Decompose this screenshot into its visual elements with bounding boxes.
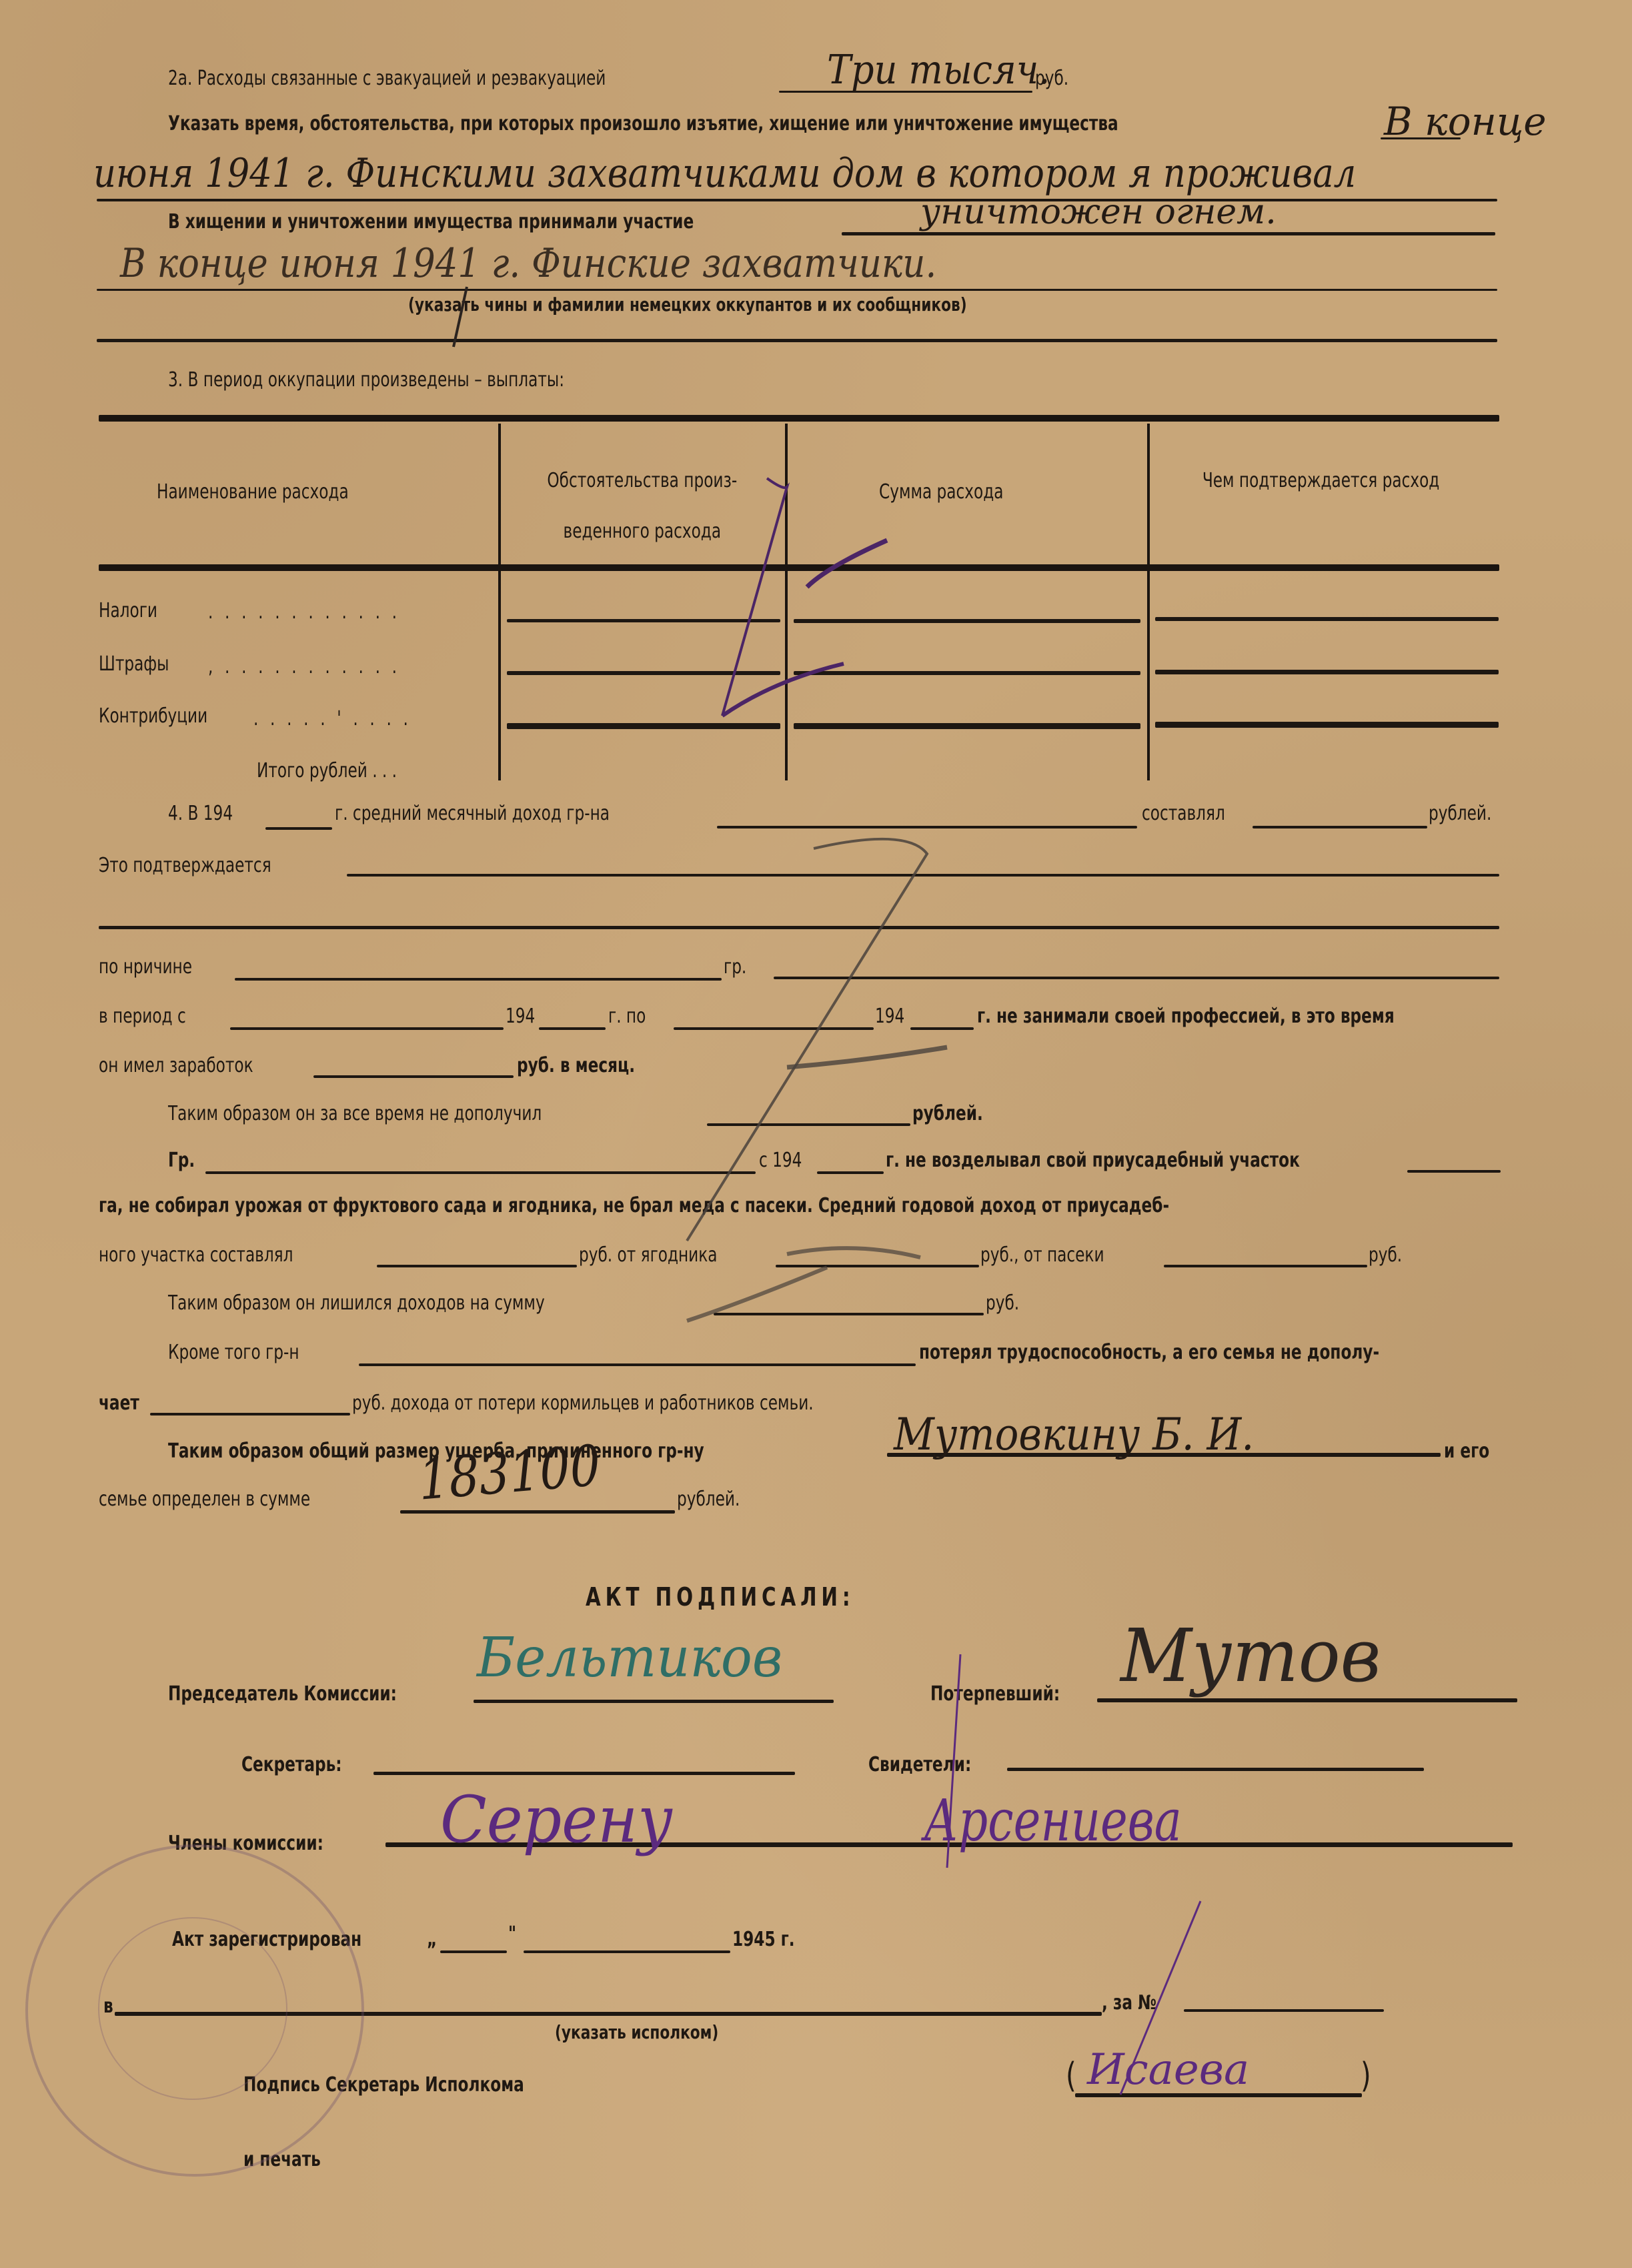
s4-period-from-field[interactable]: [230, 1027, 504, 1030]
member2-signature[interactable]: Арсениева: [924, 1788, 1182, 1854]
row-cell-amount[interactable]: [794, 723, 1140, 729]
s4-total-p2: и его: [1444, 1440, 1489, 1463]
circumstances-value-line3[interactable]: уничтожен огнем.: [920, 192, 1277, 232]
executive-secretary-signature[interactable]: Исаева: [1087, 2045, 1249, 2095]
s4-disability-p1: Кроме того гр-н: [168, 1341, 299, 1364]
document-page: 2а. Расходы связанные с эвакуацией и реэ…: [0, 0, 1632, 2268]
row-cell-confirmed-by[interactable]: [1155, 617, 1499, 621]
stamp-inner-ring: [98, 1917, 287, 2100]
s4-period-p4: 194: [875, 1005, 904, 1028]
signatures-title: АКТ ПОДПИСАЛИ:: [586, 1582, 855, 1612]
s4-plot-citizen-field[interactable]: [205, 1171, 756, 1174]
circumstances-label: Указать время, обстоятельства, при котор…: [168, 112, 1118, 135]
table-header-name: Наименование расхода: [157, 480, 349, 504]
registration-year: 1945 г.: [732, 1928, 795, 1951]
s4-lost-total-p2: рублей.: [912, 1102, 983, 1125]
table-total-label: Итого рублей . . .: [257, 759, 397, 782]
s4-period-p1: в период с: [99, 1005, 186, 1028]
s4-plot-p3: г. не возделывал свой приусадебный участ…: [886, 1149, 1300, 1172]
s4-plot-p2: с 194: [759, 1149, 802, 1172]
circumstances-value-line1[interactable]: В конце: [1384, 99, 1547, 144]
section-2a-handwritten-value[interactable]: Три тысяч.: [827, 47, 1050, 93]
row-cell-confirmed-by[interactable]: [1155, 722, 1499, 728]
circumstances-underline-2: [97, 199, 1497, 201]
s4-reason-field-2[interactable]: [774, 977, 1499, 979]
table-header-amount: Сумма расхода: [879, 480, 1003, 504]
s4-apiary-income-field[interactable]: [1164, 1265, 1367, 1267]
s4-citizen-field[interactable]: [717, 826, 1137, 828]
s4-harvest: га, не собирал урожая от фруктового сада…: [99, 1194, 1169, 1217]
row-cell-amount[interactable]: [794, 671, 1140, 675]
victim-label: Потерпевший:: [930, 1682, 1060, 1706]
chairman-signature[interactable]: Бельтиков: [477, 1626, 782, 1690]
s4-income-field[interactable]: [1253, 826, 1427, 828]
table-col-divider-3: [1147, 424, 1150, 780]
victim-signature-line[interactable]: [1097, 1698, 1517, 1702]
registration-month-field[interactable]: [524, 1950, 730, 1953]
s4-lost-total-field[interactable]: [707, 1123, 910, 1126]
s4-plot-income-field[interactable]: [377, 1265, 577, 1267]
row-dots: , . . . . . . . . . . .: [208, 655, 400, 678]
row-label-contributions: Контрибуции: [99, 704, 207, 728]
table-col-divider-2: [785, 424, 788, 780]
s4-plot-income-p3: руб., от пасеки: [980, 1243, 1104, 1267]
s4-line1-p2: г. средний месячный доход гр-на: [335, 802, 610, 825]
witnesses-label: Свидетели:: [868, 1753, 971, 1776]
s4-plot-area-field[interactable]: [1407, 1170, 1501, 1173]
s4-confirmed-label: Это подтверждается: [99, 854, 271, 877]
s4-breadwinner-p1: чает: [99, 1391, 139, 1415]
row-label-fines: Штрафы: [99, 652, 169, 676]
s4-lost-total-p1: Таким образом он за все время не дополуч…: [168, 1102, 542, 1125]
s4-total-p4: рублей.: [677, 1488, 740, 1511]
s4-plot-income-p1: ного участка составлял: [99, 1243, 293, 1267]
chairman-signature-line[interactable]: [474, 1700, 834, 1703]
member1-signature[interactable]: Серену: [440, 1782, 673, 1857]
section-3-title: 3. В период оккупации произведены – выпл…: [168, 368, 564, 392]
secretary-signature-line[interactable]: [373, 1772, 795, 1775]
s4-berry-income-field[interactable]: [776, 1265, 979, 1267]
s4-line1-p3: составлял: [1142, 802, 1225, 825]
registration-number-field[interactable]: [1184, 2009, 1384, 2012]
s4-breadwinner-field[interactable]: [150, 1413, 350, 1415]
row-cell-circumstances[interactable]: [507, 619, 780, 622]
victim-signature[interactable]: Мутов: [1120, 1613, 1381, 1698]
s4-breadwinner-p2: руб. дохода от потери кормильцев и работ…: [352, 1391, 814, 1415]
row-cell-confirmed-by[interactable]: [1155, 670, 1499, 674]
s4-disability-p2: потерял трудоспособность, а его семья не…: [919, 1341, 1379, 1364]
table-top-border: [99, 415, 1499, 422]
chairman-label: Председатель Комиссии:: [168, 1682, 397, 1706]
s4-period-to-field[interactable]: [674, 1027, 874, 1030]
secretary-paren-close: ): [1361, 2056, 1371, 2096]
table-header-circumstances: Обстоятельства произ- веденного расхода: [510, 456, 774, 557]
s4-plot-year-field[interactable]: [817, 1171, 884, 1174]
official-stamp: [25, 1844, 364, 2177]
s4-lost-income-p2: руб.: [986, 1291, 1019, 1315]
row-cell-circumstances[interactable]: [507, 723, 780, 729]
s4-reason-label: по нричине: [99, 955, 192, 979]
s4-disability-field[interactable]: [359, 1363, 916, 1366]
divider-line: [97, 339, 1497, 342]
s4-lost-income-field[interactable]: [714, 1313, 984, 1315]
s4-plot-income-p4: руб.: [1369, 1243, 1402, 1267]
table-header-confirmed-by: Чем подтверждается расход: [1200, 456, 1441, 506]
table-col-divider-1: [498, 424, 501, 780]
row-cell-amount[interactable]: [794, 619, 1140, 623]
row-dots: . . . . . . . . . . . .: [208, 600, 400, 624]
participants-label: В хищении и уничтожении имущества приним…: [168, 210, 694, 233]
s4-earnings-p1: он имел заработок: [99, 1054, 253, 1077]
s4-total-p3: семье определен в сумме: [99, 1488, 310, 1511]
participants-underline-2: [97, 289, 1497, 291]
s4-reason-gr: гр.: [724, 955, 746, 979]
circumstances-value-line2[interactable]: июня 1941 г. Финскими захватчиками дом в…: [93, 150, 1356, 197]
s4-confirmed-field[interactable]: [347, 874, 1499, 877]
s4-line1-p1: 4. В 194: [168, 802, 233, 825]
section-2a-label: 2а. Расходы связанные с эвакуацией и реэ…: [168, 67, 606, 90]
s4-reason-field[interactable]: [235, 978, 722, 981]
s4-period-p3: г. по: [608, 1005, 646, 1028]
s4-earnings-p2: руб. в месяц.: [517, 1054, 635, 1077]
registration-number-label: , за №: [1102, 1991, 1156, 2015]
secretary-paren-open: (: [1066, 2056, 1076, 2096]
witnesses-signature-line[interactable]: [1007, 1768, 1424, 1771]
s4-confirmed-field-2[interactable]: [99, 926, 1499, 929]
participants-caption: (указать чины и фамилии немецких оккупан…: [408, 294, 967, 316]
row-cell-circumstances[interactable]: [507, 671, 780, 675]
s4-plot-income-p2: руб. от ягодника: [579, 1243, 718, 1267]
section-2a-suffix: руб.: [1035, 67, 1068, 90]
row-label-taxes: Налоги: [99, 599, 157, 622]
s4-plot-p1: Гр.: [168, 1149, 195, 1172]
registration-quote-close: ": [508, 1922, 516, 1946]
row-dots: . . . . . ' . . . .: [253, 707, 412, 730]
s4-year-field[interactable]: [265, 827, 332, 830]
s4-total-amount-handwritten[interactable]: 183100: [417, 1433, 602, 1513]
s4-line1-p4: рублей.: [1429, 802, 1491, 825]
s4-earnings-field[interactable]: [313, 1075, 514, 1078]
s4-total-victim-handwritten[interactable]: Мутовкину Б. И.: [894, 1409, 1254, 1460]
participants-underline-1: [842, 232, 1495, 235]
s4-period-year2-field[interactable]: [910, 1027, 974, 1030]
s4-lost-income-p1: Таким образом он лишился доходов на сумм…: [168, 1291, 545, 1315]
participants-value[interactable]: В конце июня 1941 г. Финские захватчики.: [120, 240, 936, 287]
registration-caption: (указать исполком): [555, 2021, 718, 2043]
registration-quote-open: „: [427, 1928, 437, 1951]
s4-period-year1-field[interactable]: [539, 1027, 606, 1030]
secretary-label: Секретарь:: [241, 1753, 342, 1776]
s4-period-p5: г. не занимали своей профессией, в это в…: [977, 1005, 1395, 1028]
registration-day-field[interactable]: [440, 1950, 507, 1953]
s4-period-p2: 194: [506, 1005, 535, 1028]
table-header-border: [99, 564, 1499, 571]
